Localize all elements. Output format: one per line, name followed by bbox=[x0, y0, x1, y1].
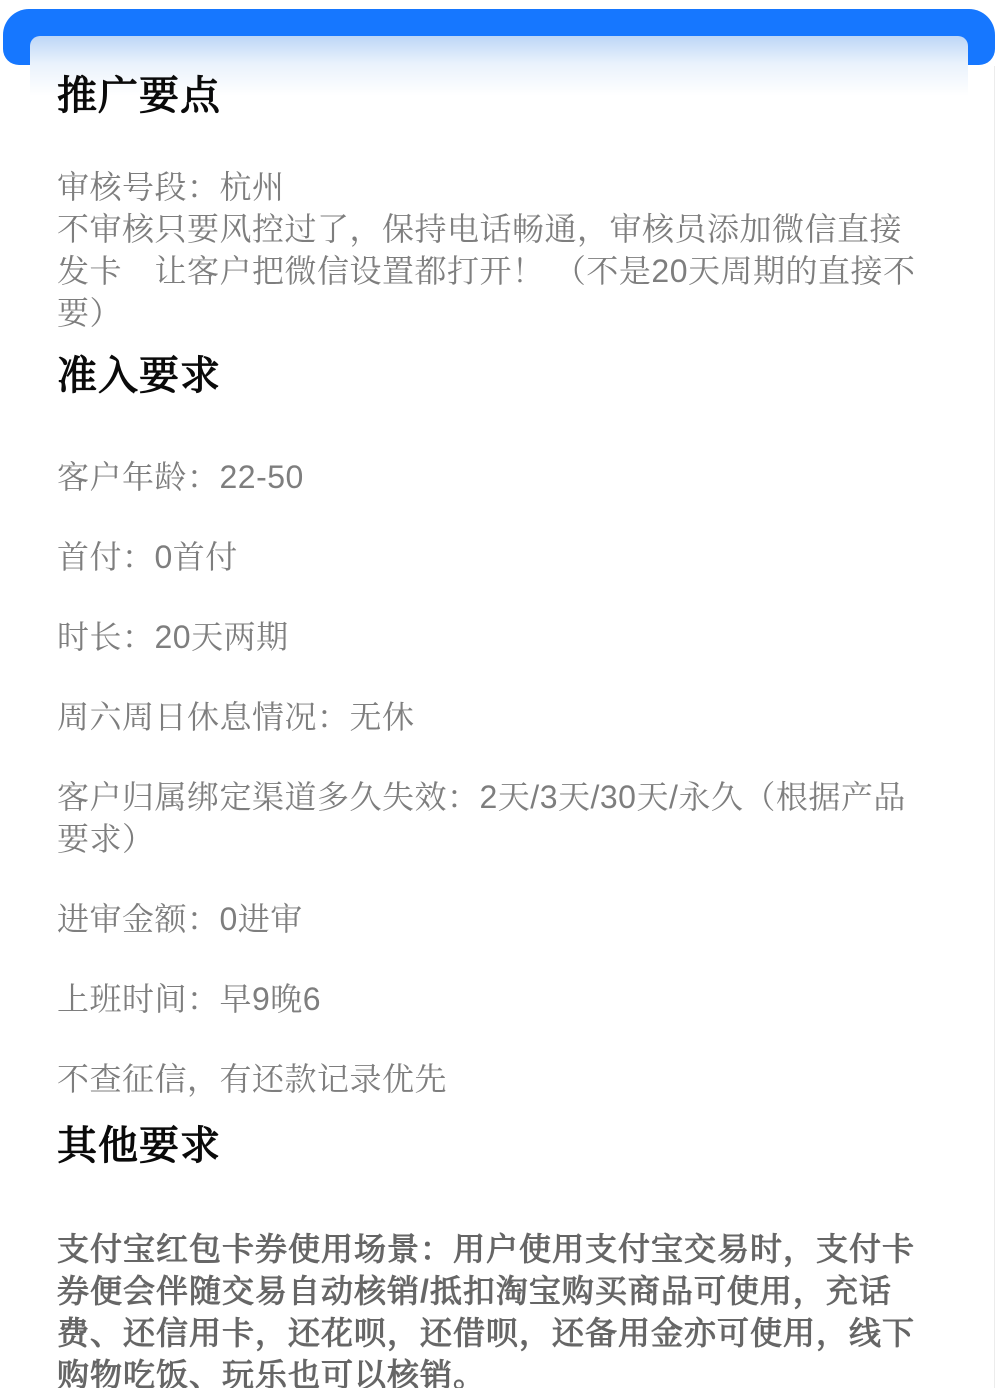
requirement-item-credit-check: 不查征信，有还款记录优先 bbox=[57, 1058, 940, 1100]
requirement-item-duration: 时长：20天两期 bbox=[57, 616, 940, 658]
other-section-heading: 其他要求 bbox=[57, 1122, 940, 1170]
promo-detail-page: { "page": { "accent_color": "#1677ff", "… bbox=[0, 0, 1001, 1388]
requirement-item-weekend-rest: 周六周日休息情况：无休 bbox=[57, 696, 940, 738]
page-edge-line bbox=[994, 66, 995, 1388]
requirement-item-customer-age: 客户年龄：22-50 bbox=[57, 456, 940, 498]
promo-section-heading: 推广要点 bbox=[57, 72, 940, 120]
requirement-item-working-hours: 上班时间：早9晚6 bbox=[57, 978, 940, 1020]
promo-body-text: 审核号段：杭州 不审核只要风控过了，保持电话畅通，审核员添加微信直接 发卡 让客… bbox=[57, 166, 940, 334]
requirements-section-heading: 准入要求 bbox=[57, 352, 940, 400]
content-card: 推广要点 审核号段：杭州 不审核只要风控过了，保持电话畅通，审核员添加微信直接 … bbox=[30, 36, 968, 1388]
requirement-item-down-payment: 首付：0首付 bbox=[57, 536, 940, 578]
requirement-item-review-amount: 进审金额：0进审 bbox=[57, 898, 940, 940]
other-body-text: 支付宝红包卡券使用场景：用户使用支付宝交易时，支付卡 券便会伴随交易自动核销/抵… bbox=[57, 1228, 940, 1388]
requirement-item-channel-binding-expiry: 客户归属绑定渠道多久失效：2天/3天/30天/永久（根据产品 要求） bbox=[57, 776, 940, 860]
